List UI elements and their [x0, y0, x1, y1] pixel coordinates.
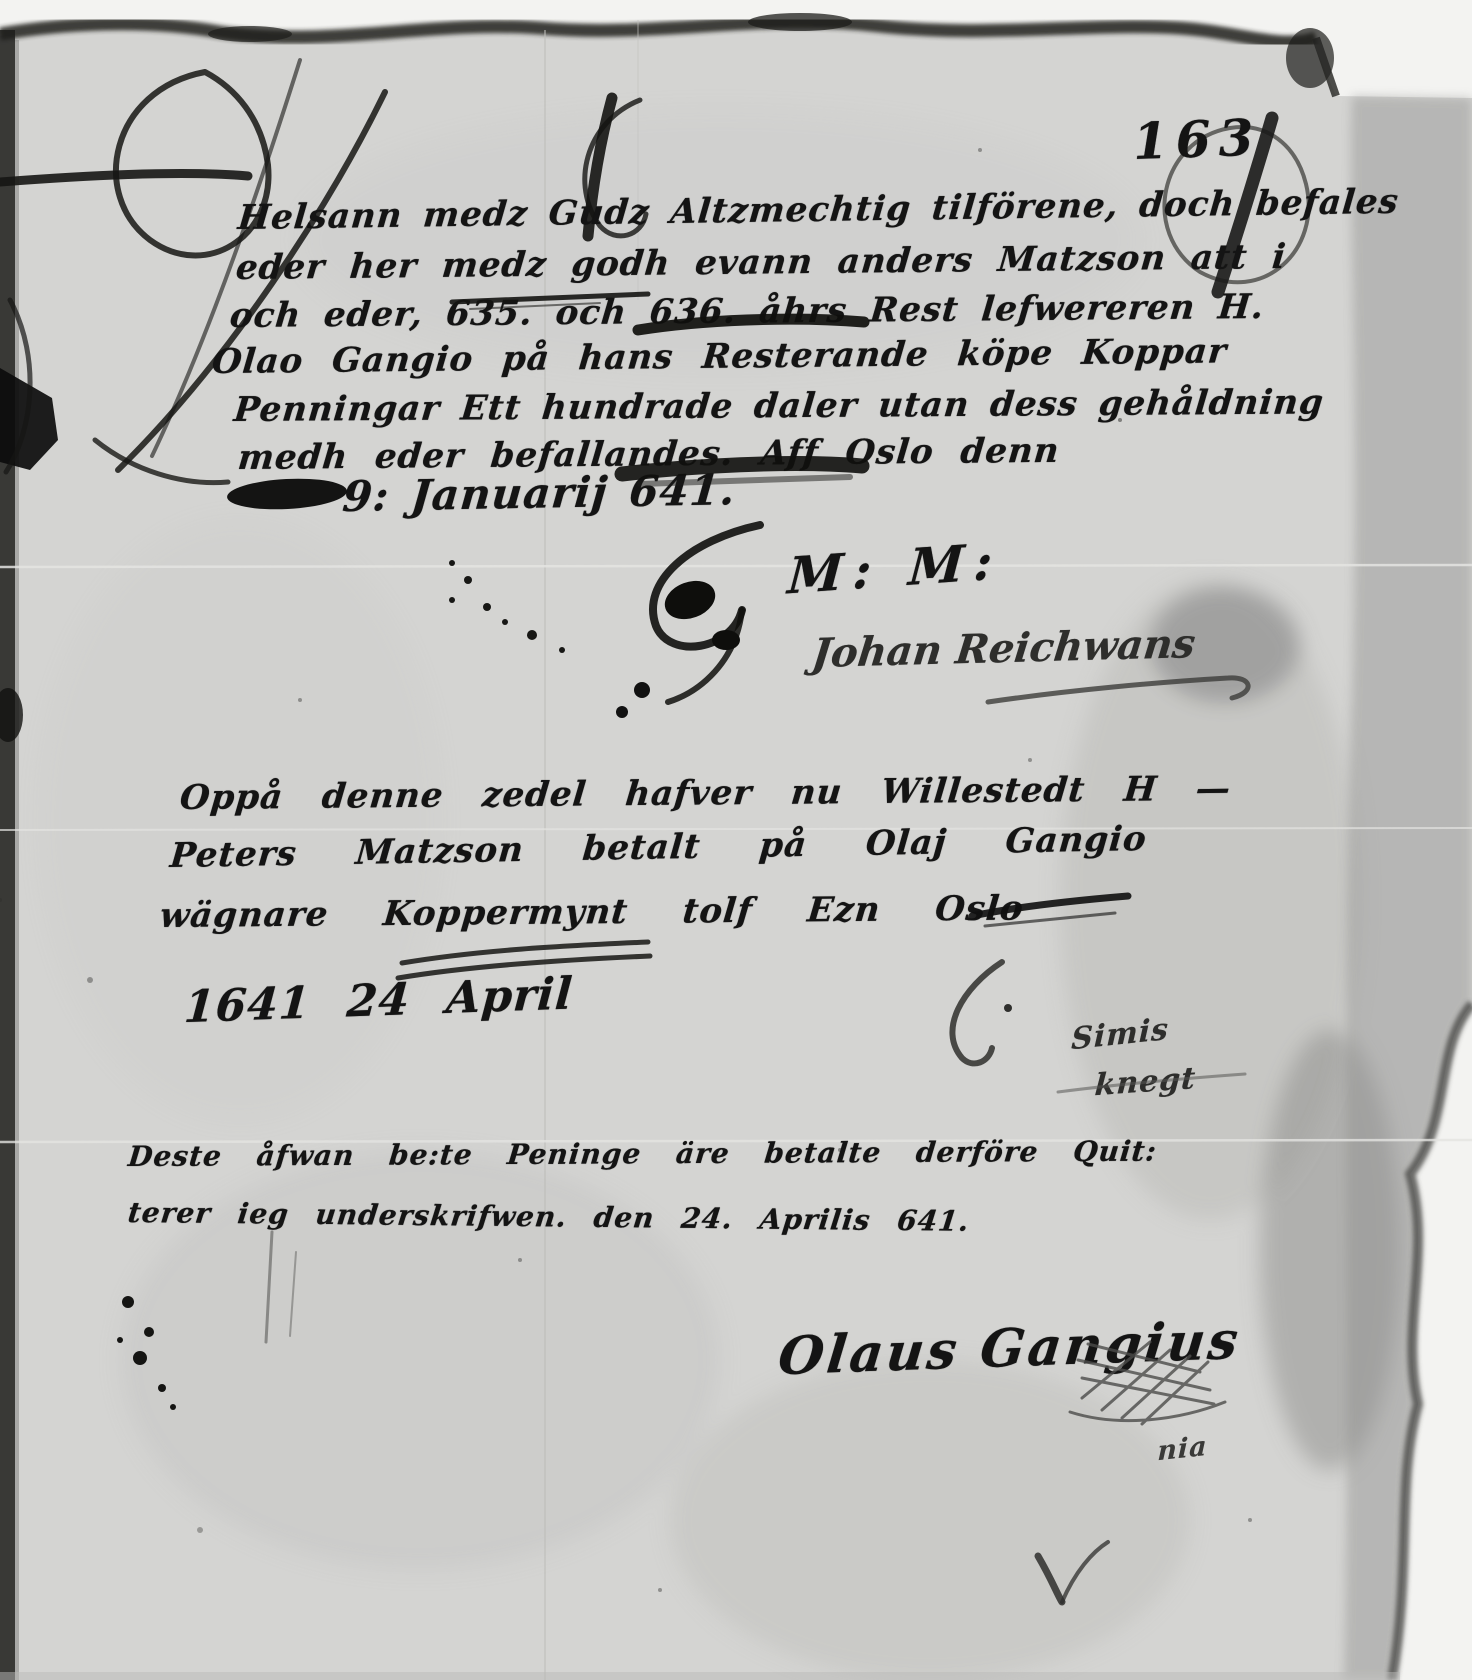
body-line-2: eder her medz godh evann anders Matzson …: [234, 237, 1288, 288]
endorsement-dateline: 1641 24 April: [182, 968, 574, 1033]
page-number: 163: [1132, 108, 1262, 171]
receipt-line-1: Deste åfwan be:te Peninge äre betalte de…: [127, 1135, 1159, 1173]
clerk-signature-line-1: Simis: [1071, 1012, 1170, 1058]
endorsement-line-2: Peters Matzson betalt på Olaj Gangio: [168, 819, 1148, 876]
text-layer: 163 Helsann medz Gudz Altzmechtig tilför…: [0, 0, 1472, 1680]
countersignature: Johan Reichwans: [810, 620, 1198, 677]
clerk-signature-line-2: knegt: [1094, 1061, 1198, 1103]
dateline: 9: Januarij 641.: [341, 465, 738, 521]
body-line-1: Helsann medz Gudz Altzmechtig tilförene,…: [236, 182, 1400, 238]
endorsement-line-1: Oppå denne zedel hafver nu Willestedt H …: [178, 769, 1233, 818]
olaus-gangius-signature: Olaus Gangius: [776, 1310, 1244, 1387]
body-line-3: och eder, 635. och 636. åhrs Rest lefwer…: [228, 287, 1266, 336]
royal-monogram: M: M:: [786, 531, 1005, 605]
signature-note: nia: [1157, 1431, 1208, 1468]
body-line-5: Penningar Ett hundrade daler utan dess g…: [232, 382, 1326, 430]
body-line-4: Olao Gangio på hans Resterande köpe Kopp…: [210, 331, 1229, 382]
document-scan: 163 Helsann medz Gudz Altzmechtig tilför…: [0, 0, 1472, 1680]
receipt-line-2: terer ieg underskrifwen. den 24. Aprilis…: [126, 1196, 971, 1238]
endorsement-line-3: wägnare Koppermynt tolf Ezn Oslo: [158, 888, 1025, 936]
